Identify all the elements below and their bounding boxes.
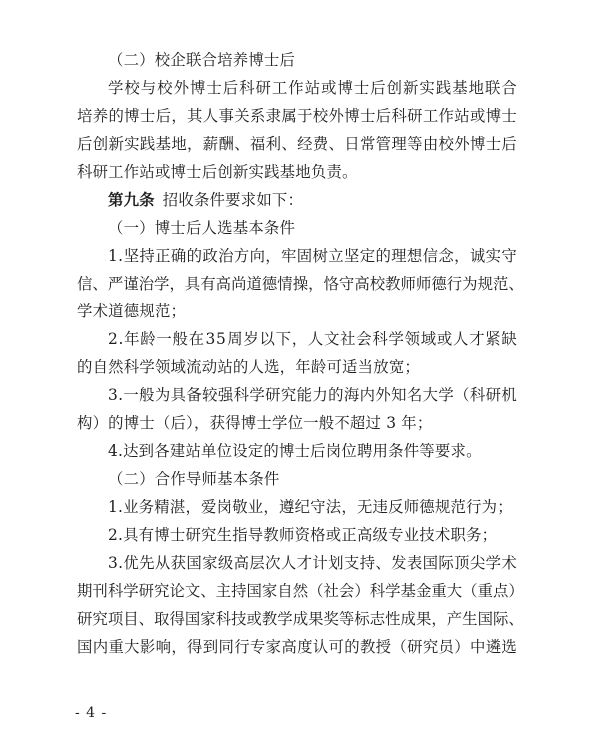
line-text: 4.达到各建站单位设定的博士后岗位聘用条件等要求。	[108, 442, 482, 460]
text-line: 3.一般为具备较强科学研究能力的海内外知名大学（科研机	[77, 382, 517, 410]
document-page: （二）校企联合培养博士后学校与校外博士后科研工作站或博士后创新实践基地联合培养的…	[0, 0, 594, 750]
text-line: 学术道德规范；	[77, 298, 517, 326]
line-text: 2.具有博士研究生指导教师资格或正高级专业技术职务；	[108, 526, 497, 544]
text-line: 培养的博士后，其人事关系隶属于校外博士后科研工作站或博士	[77, 103, 517, 131]
line-text: 科研工作站或博士后创新实践基地负责。	[77, 163, 358, 181]
line-text: 1.业务精湛，爱岗敬业，遵纪守法，无违反师德规范行为；	[108, 498, 513, 516]
text-line: 学校与校外博士后科研工作站或博士后创新实践基地联合	[77, 75, 517, 103]
page-number: - 4 -	[75, 703, 107, 723]
line-text: （一）博士后人选基本条件	[108, 219, 295, 237]
text-line: 1. 坚持正确的政治方向，牢固树立坚定的理想信念，诚实守	[77, 243, 517, 271]
line-text: 招收条件要求如下：	[163, 191, 303, 209]
text-line: 4.达到各建站单位设定的博士后岗位聘用条件等要求。	[77, 438, 517, 466]
text-line: 信、严谨治学，具有高尚道德情操，恪守高校教师师德行为规范、	[77, 271, 517, 299]
article-heading-line: 第九条招收条件要求如下：	[77, 187, 517, 215]
line-text: 构）的博士（后），获得博士学位一般不超过 3 年；	[77, 414, 432, 432]
text-line: 科研工作站或博士后创新实践基地负责。	[77, 159, 517, 187]
text-line: 2.具有博士研究生指导教师资格或正高级专业技术职务；	[77, 522, 517, 550]
text-line: （二）校企联合培养博士后	[77, 47, 517, 75]
text-line: 期刊科学研究论文、主持国家自然（社会）科学基金重大（重点）	[77, 578, 517, 606]
line-text: （二）校企联合培养博士后	[108, 51, 295, 69]
line-text: 的自然科学领域流动站的人选，年龄可适当放宽；	[77, 358, 420, 376]
text-line: 1.业务精湛，爱岗敬业，遵纪守法，无违反师德规范行为；	[77, 494, 517, 522]
text-line: 国内重大影响，得到同行专家高度认可的教授（研究员）中遴选	[77, 634, 517, 662]
text-line: 构）的博士（后），获得博士学位一般不超过 3 年；	[77, 410, 517, 438]
line-text: （二）合作导师基本条件	[108, 470, 280, 488]
text-line: （二）合作导师基本条件	[77, 466, 517, 494]
text-line: 后创新实践基地，薪酬、福利、经费、日常管理等由校外博士后	[77, 131, 517, 159]
line-text: 学术道德规范；	[77, 302, 186, 320]
text-line: 的自然科学领域流动站的人选，年龄可适当放宽；	[77, 354, 517, 382]
text-line: （一）博士后人选基本条件	[77, 215, 517, 243]
article-number: 第九条	[108, 191, 155, 209]
text-line: 2.年龄一般在 35 周岁以下，人文社会科学领域或人才紧缺	[77, 326, 517, 354]
document-body: （二）校企联合培养博士后学校与校外博士后科研工作站或博士后创新实践基地联合培养的…	[77, 47, 517, 662]
text-line: 研究项目、取得国家科技或教学成果奖等标志性成果，产生国际、	[77, 606, 517, 634]
text-line: 3.优先从获国家级高层次人才计划支持、发表国际顶尖学术	[77, 550, 517, 578]
